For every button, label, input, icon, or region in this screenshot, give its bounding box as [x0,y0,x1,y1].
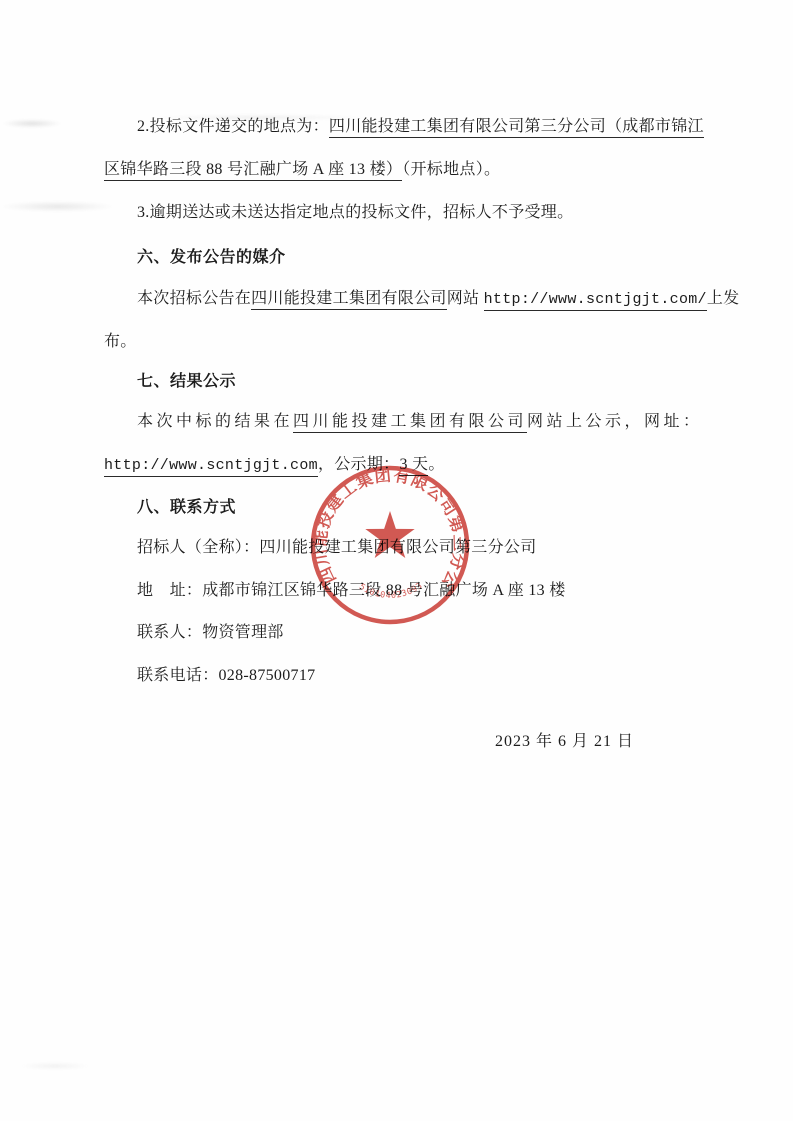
contact-person: 联系人：物资管理部 [137,622,284,644]
para-bid-delivery-underlined-1: 四川能投建工集团有限公司第三分公司（成都市锦江 [329,118,704,138]
contact-phone: 联系电话：028-87500717 [137,665,315,687]
para-bid-delivery-underlined-2: 区锦华路三段 88 号汇融广场 A 座 13 楼） [104,161,402,181]
scan-artifact [0,201,115,212]
scan-artifact [20,1062,90,1070]
announcement-company-underlined: 四川能投建工集团有限公司 [251,290,447,310]
result-tail: 网站上公示，网址： [527,413,703,430]
para-announcement-media-line2: 布。 [104,331,137,353]
announcement-lead: 本次招标公告在 [137,290,251,307]
para-bid-delivery-lead: 2.投标文件递交的地点为： [137,118,329,135]
result-lead: 本次中标的结果在 [137,413,293,430]
para-result-publicity-line1: 本次中标的结果在四川能投建工集团有限公司网站上公示，网址： [137,411,703,433]
announcement-url: http://www.scntjgjt.com/ [484,291,707,311]
para-bid-delivery-line2: 区锦华路三段 88 号汇融广场 A 座 13 楼）（开标地点）。 [104,159,500,181]
announcement-mid: 网站 [447,290,484,307]
section-6-heading: 六、发布公告的媒介 [137,247,286,269]
para-overdue-delivery: 3.逾期送达或未送达指定地点的投标文件，招标人不予受理。 [137,202,573,224]
result-company-underlined: 四川能投建工集团有限公司 [293,413,527,433]
section-7-heading: 七、结果公示 [137,371,236,393]
announcement-tail: 上发 [707,290,740,307]
para-announcement-media-line1: 本次招标公告在四川能投建工集团有限公司网站 http://www.scntjgj… [137,288,739,311]
para-bid-delivery-tail: （开标地点）。 [402,161,500,178]
section-8-heading: 八、联系方式 [137,497,236,519]
seal-star-icon [365,511,414,558]
scan-artifact [2,119,62,128]
document-date: 2023 年 6 月 21 日 [495,731,634,753]
para-bid-delivery-line1: 2.投标文件递交的地点为：四川能投建工集团有限公司第三分公司（成都市锦江 [137,116,704,138]
scanned-document-page: 2.投标文件递交的地点为：四川能投建工集团有限公司第三分公司（成都市锦江 区锦华… [0,0,793,1121]
result-url: http://www.scntjgjt.com [104,457,318,477]
company-seal: 四川能投建工集团有限公司第三分公司 5101040230932 [305,460,475,630]
